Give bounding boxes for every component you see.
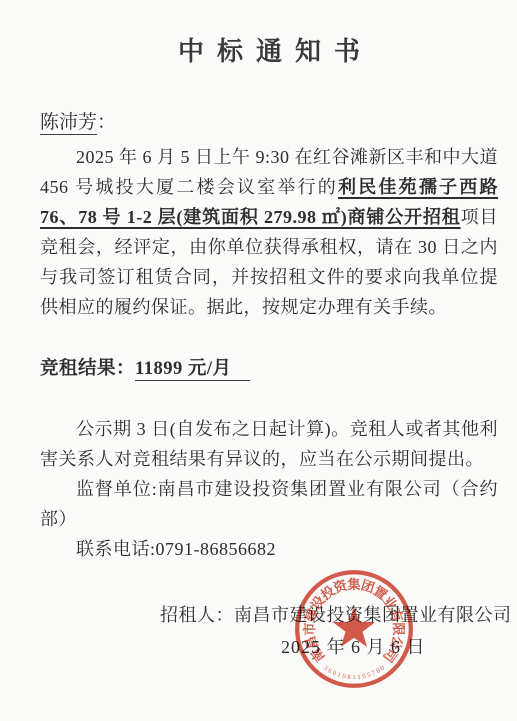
publicity-period-paragraph: 公示期 3 日(自发布之日起计算)。竞租人或者其他利害关系人对竞租结果有异议的，…	[40, 414, 498, 474]
document-title: 中标通知书	[40, 37, 498, 67]
seal-serial-digit: 0	[379, 664, 386, 672]
lessor-label: 招租人：	[160, 605, 234, 625]
bid-result-value: 11899 元/月	[135, 359, 250, 381]
seal-company-char: 限	[391, 622, 406, 635]
bid-result-label: 竞租结果：	[40, 359, 135, 379]
bid-result-line: 竞租结果：11899 元/月	[40, 354, 498, 380]
seal-star-icon	[333, 607, 375, 647]
seal-serial-digit: 1	[357, 674, 361, 681]
addressee-line: 陈沛芳：	[40, 108, 498, 138]
seal-serial-digit: 8	[347, 674, 352, 681]
addressee-name: 陈沛芳	[40, 112, 97, 135]
seal-serial-digit: 1	[352, 674, 355, 681]
seal-serial-digit: 1	[336, 671, 341, 679]
addressee-colon: ：	[97, 112, 116, 133]
phone-line: 联系电话:0791-86856682	[40, 534, 498, 564]
official-seal: 南昌市建设投资集团置业有限公司3601081105780	[283, 558, 425, 700]
supervisor-line: 监督单位:南昌市建设投资集团置业有限公司（合约部）	[40, 474, 498, 534]
seal-company-char: 市	[301, 622, 317, 635]
bid-notice-document: 中标通知书 陈沛芳： 2025 年 6 月 5 日上午 9:30 在红谷滩新区丰…	[0, 0, 517, 721]
document-content: 中标通知书 陈沛芳： 2025 年 6 月 5 日上午 9:30 在红谷滩新区丰…	[40, 0, 498, 564]
main-paragraph: 2025 年 6 月 5 日上午 9:30 在红谷滩新区丰和中大道 456 号城…	[40, 142, 498, 322]
